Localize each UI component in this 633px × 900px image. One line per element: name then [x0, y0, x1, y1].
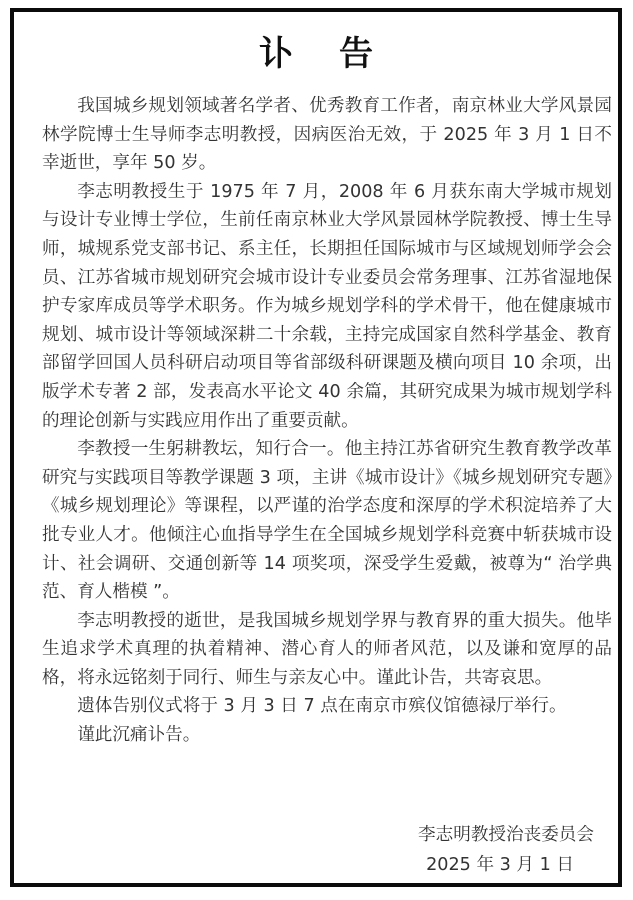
signature-committee: 李志明教授治丧委员会: [334, 820, 594, 850]
paragraph-farewell-ceremony: 遗体告别仪式将于 3 月 3 日 7 点在南京市殡仪馆德禄厅举行。: [42, 692, 612, 721]
page-title: 讣告: [14, 26, 618, 75]
signature-date: 2025 年 3 月 1 日: [334, 850, 594, 880]
paragraph-tribute: 李志明教授的逝世，是我国城乡规划学界与教育界的重大损失。他毕生追求学术真理的执着…: [42, 607, 612, 693]
paragraph-biography: 李志明教授生于 1975 年 7 月，2008 年 6 月获东南大学城市规划与设…: [42, 178, 612, 435]
title-char-2: 告: [339, 26, 373, 75]
signature-block: 李志明教授治丧委员会 2025 年 3 月 1 日: [334, 820, 594, 880]
paragraph-teaching: 李教授一生躬耕教坛，知行合一。他主持江苏省研究生教育教学改革研究与实践项目等教学…: [42, 435, 612, 607]
paragraph-announcement: 我国城乡规划领域著名学者、优秀教育工作者，南京林业大学风景园林学院博士生导师李志…: [42, 92, 612, 178]
title-char-1: 讣: [259, 26, 293, 75]
paragraph-closing: 谨此沉痛讣告。: [42, 721, 612, 750]
obituary-frame: 讣告 我国城乡规划领域著名学者、优秀教育工作者，南京林业大学风景园林学院博士生导…: [10, 8, 622, 887]
obituary-body: 我国城乡规划领域著名学者、优秀教育工作者，南京林业大学风景园林学院博士生导师李志…: [42, 92, 612, 750]
